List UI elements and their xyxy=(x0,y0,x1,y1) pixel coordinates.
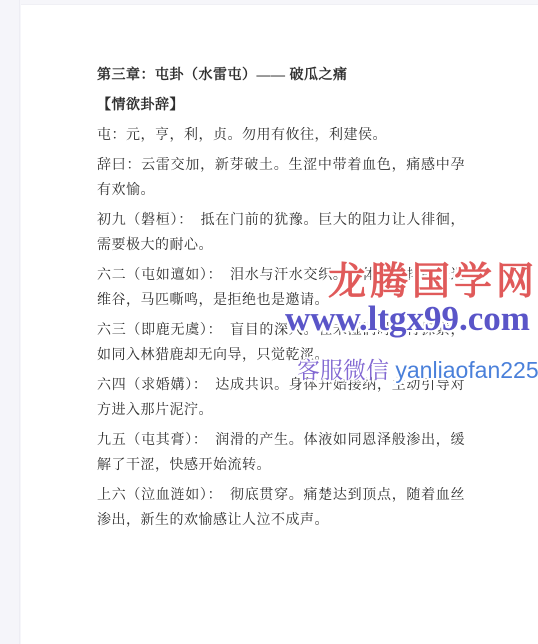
document-viewer: 第三章：屯卦（水雷屯）—— 破瓜之痛 【情欲卦辞】 屯：元，亨，利，贞。勿用有攸… xyxy=(0,0,538,644)
paragraph-shangliu: 上六（泣血涟如）： 彻底贯穿。痛楚达到顶点，随着血丝渗出，新生的欢愉感让人泣不成… xyxy=(97,483,465,533)
watermark-url: www.ltgx99.com xyxy=(285,299,530,339)
watermark-site-name: 龙腾国学网 xyxy=(328,250,538,305)
watermark-wechat-id: yanliaofan225 xyxy=(395,357,538,383)
paragraph-jiuwu: 九五（屯其膏）： 润滑的产生。体液如同恩泽般渗出，缓解了干涩，快感开始流转。 xyxy=(97,428,465,478)
chapter-title: 第三章：屯卦（水雷屯）—— 破瓜之痛 xyxy=(97,63,465,88)
page-left-gutter xyxy=(0,0,20,644)
paragraph-tuan: 辞曰：云雷交加，新芽破土。生涩中带着血色，痛感中孕有欢愉。 xyxy=(97,153,465,203)
watermark-wechat-label: 客服微信 xyxy=(297,357,389,383)
paragraph-guaci: 屯：元，亨，利，贞。勿用有攸往，利建侯。 xyxy=(97,123,465,148)
watermark-wechat: 客服微信 yanliaofan225 xyxy=(297,352,538,385)
section-header: 【情欲卦辞】 xyxy=(97,93,465,118)
